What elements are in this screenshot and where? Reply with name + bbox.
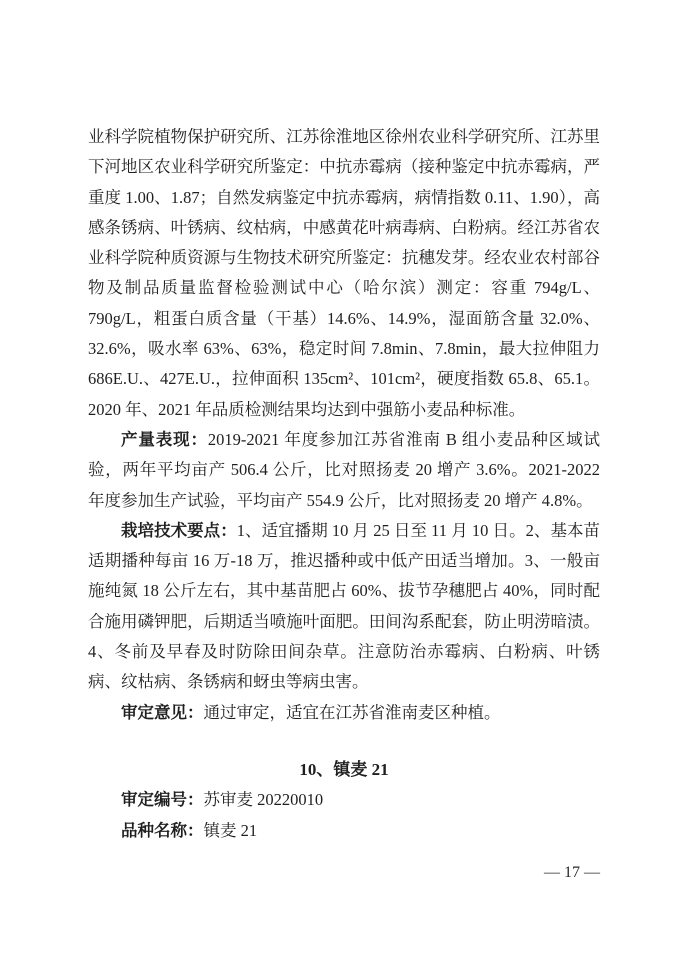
field-variety-name: 品种名称：镇麦 21 [88,816,600,846]
paragraph-resistance-quality: 业科学院植物保护研究所、江苏徐淮地区徐州农业科学研究所、江苏里下河地区农业科学研… [88,122,600,425]
page-number: — 17 — [544,861,600,885]
paragraph-text: 1、适宜播期 10 月 25 日至 11 月 10 日。2、基本苗适期播种每亩 … [88,521,600,691]
paragraph-text: 业科学院植物保护研究所、江苏徐淮地区徐州农业科学研究所、江苏里下河地区农业科学研… [88,127,600,419]
field-approval-number: 审定编号：苏审麦 20220010 [88,785,600,815]
paragraph-text: 通过审定，适宜在江苏省淮南麦区种植。 [204,703,501,722]
paragraph-yield-performance: 产量表现：2019-2021 年度参加江苏省淮南 B 组小麦品种区域试验，两年平… [88,425,600,516]
field-label: 品种名称： [121,822,204,840]
paragraph-cultivation-techniques: 栽培技术要点：1、适宜播期 10 月 25 日至 11 月 10 日。2、基本苗… [88,516,600,698]
field-value: 苏审麦 20220010 [204,790,324,809]
document-page: 业科学院植物保护研究所、江苏徐淮地区徐州农业科学研究所、江苏里下河地区农业科学研… [0,0,690,975]
paragraph-label: 产量表现： [121,431,208,449]
paragraph-label: 栽培技术要点： [121,522,237,540]
paragraph-approval-opinion: 审定意见：通过审定，适宜在江苏省淮南麦区种植。 [88,698,600,728]
field-value: 镇麦 21 [204,821,258,840]
document-body: 业科学院植物保护研究所、江苏徐淮地区徐州农业科学研究所、江苏里下河地区农业科学研… [88,122,600,846]
field-label: 审定编号： [121,791,204,809]
section-heading: 10、镇麦 21 [88,755,600,785]
paragraph-label: 审定意见： [121,704,204,722]
